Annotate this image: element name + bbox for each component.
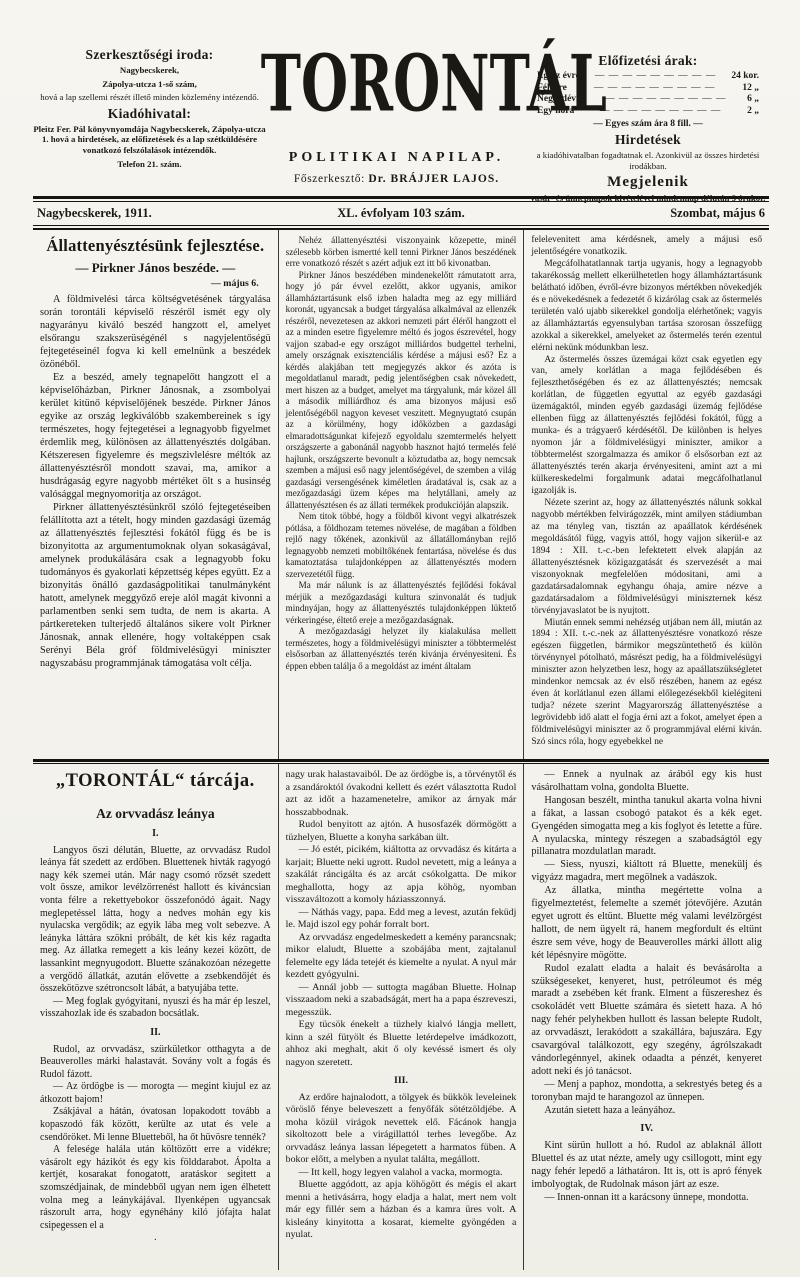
- paragraph: — Menj a paphoz, mondotta, a sekrestyés …: [531, 1079, 762, 1105]
- paragraph: Hangosan beszélt, mintha tanukul akarta …: [531, 795, 762, 860]
- feuilleton-col1-text: I.Langyos őszi délután, Bluette, az orvv…: [40, 828, 271, 1245]
- paragraph: — Itt kell, hogy legyen valahol a vacka,…: [286, 1167, 517, 1180]
- paragraph: Nézete szerint az, hogy az állattenyészt…: [531, 498, 762, 618]
- feuilleton-col2-text: nagy urak halastavaiból. De az ördögbe i…: [286, 769, 517, 1242]
- editor-name: Dr. BRÁJJER LAJOS.: [368, 173, 499, 185]
- article-section: Állattenyésztésünk fejlesztése. — Pirkne…: [33, 230, 769, 759]
- article-col2-text: Nehéz állattenyésztési viszonyaink közep…: [286, 235, 517, 672]
- feuilleton-column-2: nagy urak halastavaiból. De az ördögbe i…: [278, 764, 524, 1270]
- publisher-note: Pleitz Fer. Pál könyvnyomdája Nagybecske…: [33, 124, 266, 156]
- paper-title: TORONTÁL: [261, 46, 532, 124]
- paragraph: Kint sürün hullott a hó. Rudol az ablakn…: [531, 1140, 762, 1192]
- telephone-line: Telefon 21. szám.: [33, 159, 266, 170]
- paragraph: II.: [40, 1027, 271, 1040]
- paragraph: Az erdőre hajnalodott, a tölgyek és bükk…: [286, 1092, 517, 1167]
- paragraph: I.: [40, 828, 271, 841]
- ads-heading: Hirdetések: [527, 132, 769, 148]
- paragraph: A földmivelési tárca költségvetésének tá…: [40, 293, 271, 371]
- paragraph: — Ennek a nyulnak az árából egy kis hust…: [531, 769, 762, 795]
- article-col3-text: felelevenitett ama kérdésnek, amely a má…: [531, 235, 762, 749]
- paragraph: Rudol ezalatt eladta a halait és bevásár…: [531, 963, 762, 1079]
- price-value: 6 „: [747, 94, 759, 106]
- paragraph: III.: [286, 1075, 517, 1088]
- publisher-heading: Kiadóhivatal:: [33, 106, 266, 122]
- paragraph: — Jó estét, picikém, kiáltotta az orvvad…: [286, 844, 517, 907]
- paragraph: — Annál jobb — suttogta magában Bluette.…: [286, 982, 517, 1020]
- dateline-day: Szombat, május 6: [535, 206, 765, 221]
- feuilleton-column-3: — Ennek a nyulnak az árából egy kis hust…: [523, 764, 769, 1270]
- editorial-office-city: Nagybecskerek,: [33, 65, 266, 76]
- feuilleton-header: „TORONTÁL“ tárcája.: [40, 771, 271, 792]
- paragraph: Ez a beszéd, amely tegnapelőtt hangzott …: [40, 371, 271, 501]
- article-column-2: Nehéz állattenyésztési viszonyaink közep…: [278, 230, 524, 759]
- article-title: Állattenyésztésünk fejlesztése.: [40, 236, 271, 256]
- paragraph: nagy urak halastavaiból. De az ördögbe i…: [286, 769, 517, 819]
- paragraph: Megcáfolhatatlannak tartja ugyanis, hogy…: [531, 259, 762, 355]
- paragraph: Nehéz állattenyésztési viszonyaink közep…: [286, 235, 517, 270]
- paragraph: A mezőgazdasági helyzet ily kialakulása …: [286, 626, 517, 672]
- paragraph: Zsákjával a hátán, óvatosan lopakodott t…: [40, 1106, 271, 1144]
- editorial-office-street: Zápolya-utcza 1-ső szám,: [33, 79, 266, 90]
- masthead-center: TORONTÁL POLITIKAI NAPILAP. Főszerkesztő…: [266, 34, 527, 196]
- dateline: Nagybecskerek, 1911. XL. évfolyam 103 sz…: [33, 202, 769, 225]
- paragraph: Azután sietett haza a leányához.: [531, 1105, 762, 1118]
- paragraph: — Innen-onnan itt a karácsony ünnepe, mo…: [531, 1192, 762, 1205]
- paragraph: Az állatka, mintha megértette volna a fi…: [531, 885, 762, 962]
- paragraph: Ma már nálunk is az állattenyésztés fejl…: [286, 580, 517, 626]
- paragraph: — Siess, nyuszi, kiáltott rá Bluette, me…: [531, 859, 762, 885]
- price-value: 2 „: [747, 106, 759, 118]
- article-subtitle: — Pirkner János beszéde. —: [40, 260, 271, 276]
- paragraph: Az orvvadász engedelmeskedett a kemény p…: [286, 932, 517, 982]
- newspaper-page: Szerkesztőségi iroda: Nagybecskerek, Záp…: [0, 0, 800, 1277]
- ads-text: a kiadóhivatalban fogadtatnak el. Azonki…: [527, 150, 769, 171]
- paragraph: IV.: [531, 1123, 762, 1136]
- editorial-office-note: hová a lap szellemi részét illető minden…: [33, 92, 266, 103]
- paragraph: Nem titok többé, hogy a földből kivont v…: [286, 511, 517, 580]
- price-value: 24 kor.: [731, 71, 759, 83]
- paragraph: Egy tücsök énekelt a tüzhely kialvó láng…: [286, 1019, 517, 1069]
- paragraph: Az őstermelés összes üzemágai közt csak …: [531, 355, 762, 498]
- paragraph: felelevenitett ama kérdésnek, amely a má…: [531, 235, 762, 259]
- appears-text: vasár- és ünnepnapok kivételével mindenn…: [527, 193, 769, 204]
- editor-label: Főszerkesztő:: [294, 173, 365, 185]
- feuilleton-col3-text: — Ennek a nyulnak az árából egy kis hust…: [531, 769, 762, 1205]
- paragraph: Pirkner János beszédében mindenekelőtt r…: [286, 270, 517, 512]
- editorial-office-heading: Szerkesztőségi iroda:: [33, 47, 266, 63]
- editor-line: Főszerkesztő: Dr. BRÁJJER LAJOS.: [266, 173, 527, 185]
- paragraph: Rudol benyitott az ajtón. A husosfazék d…: [286, 819, 517, 844]
- paragraph: Bluette aggódott, az apja köhögött és mé…: [286, 1179, 517, 1242]
- paragraph: — Náthás vagy, papa. Edd meg a levest, a…: [286, 907, 517, 932]
- dateline-place: Nagybecskerek, 1911.: [37, 206, 267, 221]
- story-title: Az orvvadász leánya: [40, 806, 271, 822]
- paper-subtitle: POLITIKAI NAPILAP.: [266, 150, 527, 166]
- article-col1-text: A földmivelési tárca költségvetésének tá…: [40, 293, 271, 670]
- paragraph: Miután ennek semmi nehézség utjában nem …: [531, 618, 762, 749]
- paragraph: Langyos őszi délután, Bluette, az orvvad…: [40, 845, 271, 996]
- paragraph: .: [40, 1232, 271, 1245]
- feuilleton-section: „TORONTÁL“ tárcája. Az orvvadász leánya …: [33, 764, 769, 1270]
- dateline-issue: XL. évfolyam 103 szám.: [267, 206, 535, 221]
- price-value: 12 „: [742, 83, 759, 95]
- paragraph: A felesége halála után költözött erre a …: [40, 1144, 271, 1232]
- paragraph: — Meg foglak gyógyitani, nyuszi és ha má…: [40, 996, 271, 1021]
- editorial-office-box: Szerkesztőségi iroda: Nagybecskerek, Záp…: [33, 34, 266, 196]
- article-column-3: felelevenitett ama kérdésnek, amely a má…: [523, 230, 769, 759]
- paragraph: Rudol, az orvvadász, szürkületkor otthag…: [40, 1044, 271, 1082]
- article-column-1: Állattenyésztésünk fejlesztése. — Pirkne…: [33, 230, 278, 759]
- article-date-note: — május 6.: [40, 278, 271, 289]
- feuilleton-column-1: „TORONTÁL“ tárcája. Az orvvadász leánya …: [33, 764, 278, 1270]
- paragraph: Pirkner állattenyésztésünkről szóló fejt…: [40, 501, 271, 670]
- paragraph: — Az ördögbe is — morogta — megint kiuju…: [40, 1081, 271, 1106]
- masthead: Szerkesztőségi iroda: Nagybecskerek, Záp…: [33, 34, 769, 196]
- price-leader: — — — — — — — — —: [587, 94, 744, 106]
- appears-heading: Megjelenik: [527, 174, 769, 191]
